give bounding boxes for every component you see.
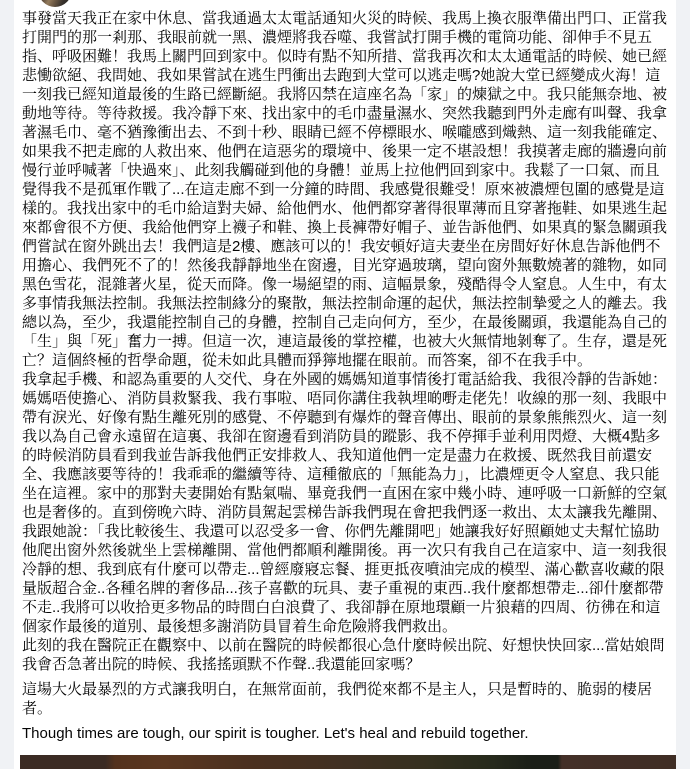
post-paragraph: 這場大火最暴烈的方式讓我明白，在無常面前，我們從來都不是主人，只是暫時的、脆弱的… bbox=[22, 680, 668, 718]
page-background: 事發當天我正在家中休息、當我通過太太電話通知火災的時候、我馬上換衣服準備出門口、… bbox=[0, 0, 690, 769]
attached-photo[interactable] bbox=[20, 755, 676, 769]
post-paragraph: 我拿起手機、和認為重要的人交代、身在外國的媽媽知道事情後打電話給我、我很冷靜的告… bbox=[22, 370, 668, 636]
post-paragraph-english: Though times are tough, our spirit is to… bbox=[22, 724, 668, 743]
post-paragraph: 事發當天我正在家中休息、當我通過太太電話通知火災的時候、我馬上換衣服準備出門口、… bbox=[22, 9, 668, 370]
post-paragraph: 此刻的我在醫院正在觀察中、以前在醫院的時候都很心急什麼時候出院、好想快快回家..… bbox=[22, 636, 668, 674]
post-card: 事發當天我正在家中休息、當我通過太太電話通知火災的時候、我馬上換衣服準備出門口、… bbox=[14, 0, 676, 769]
post-body-text: 事發當天我正在家中休息、當我通過太太電話通知火災的時候、我馬上換衣服準備出門口、… bbox=[14, 0, 676, 743]
